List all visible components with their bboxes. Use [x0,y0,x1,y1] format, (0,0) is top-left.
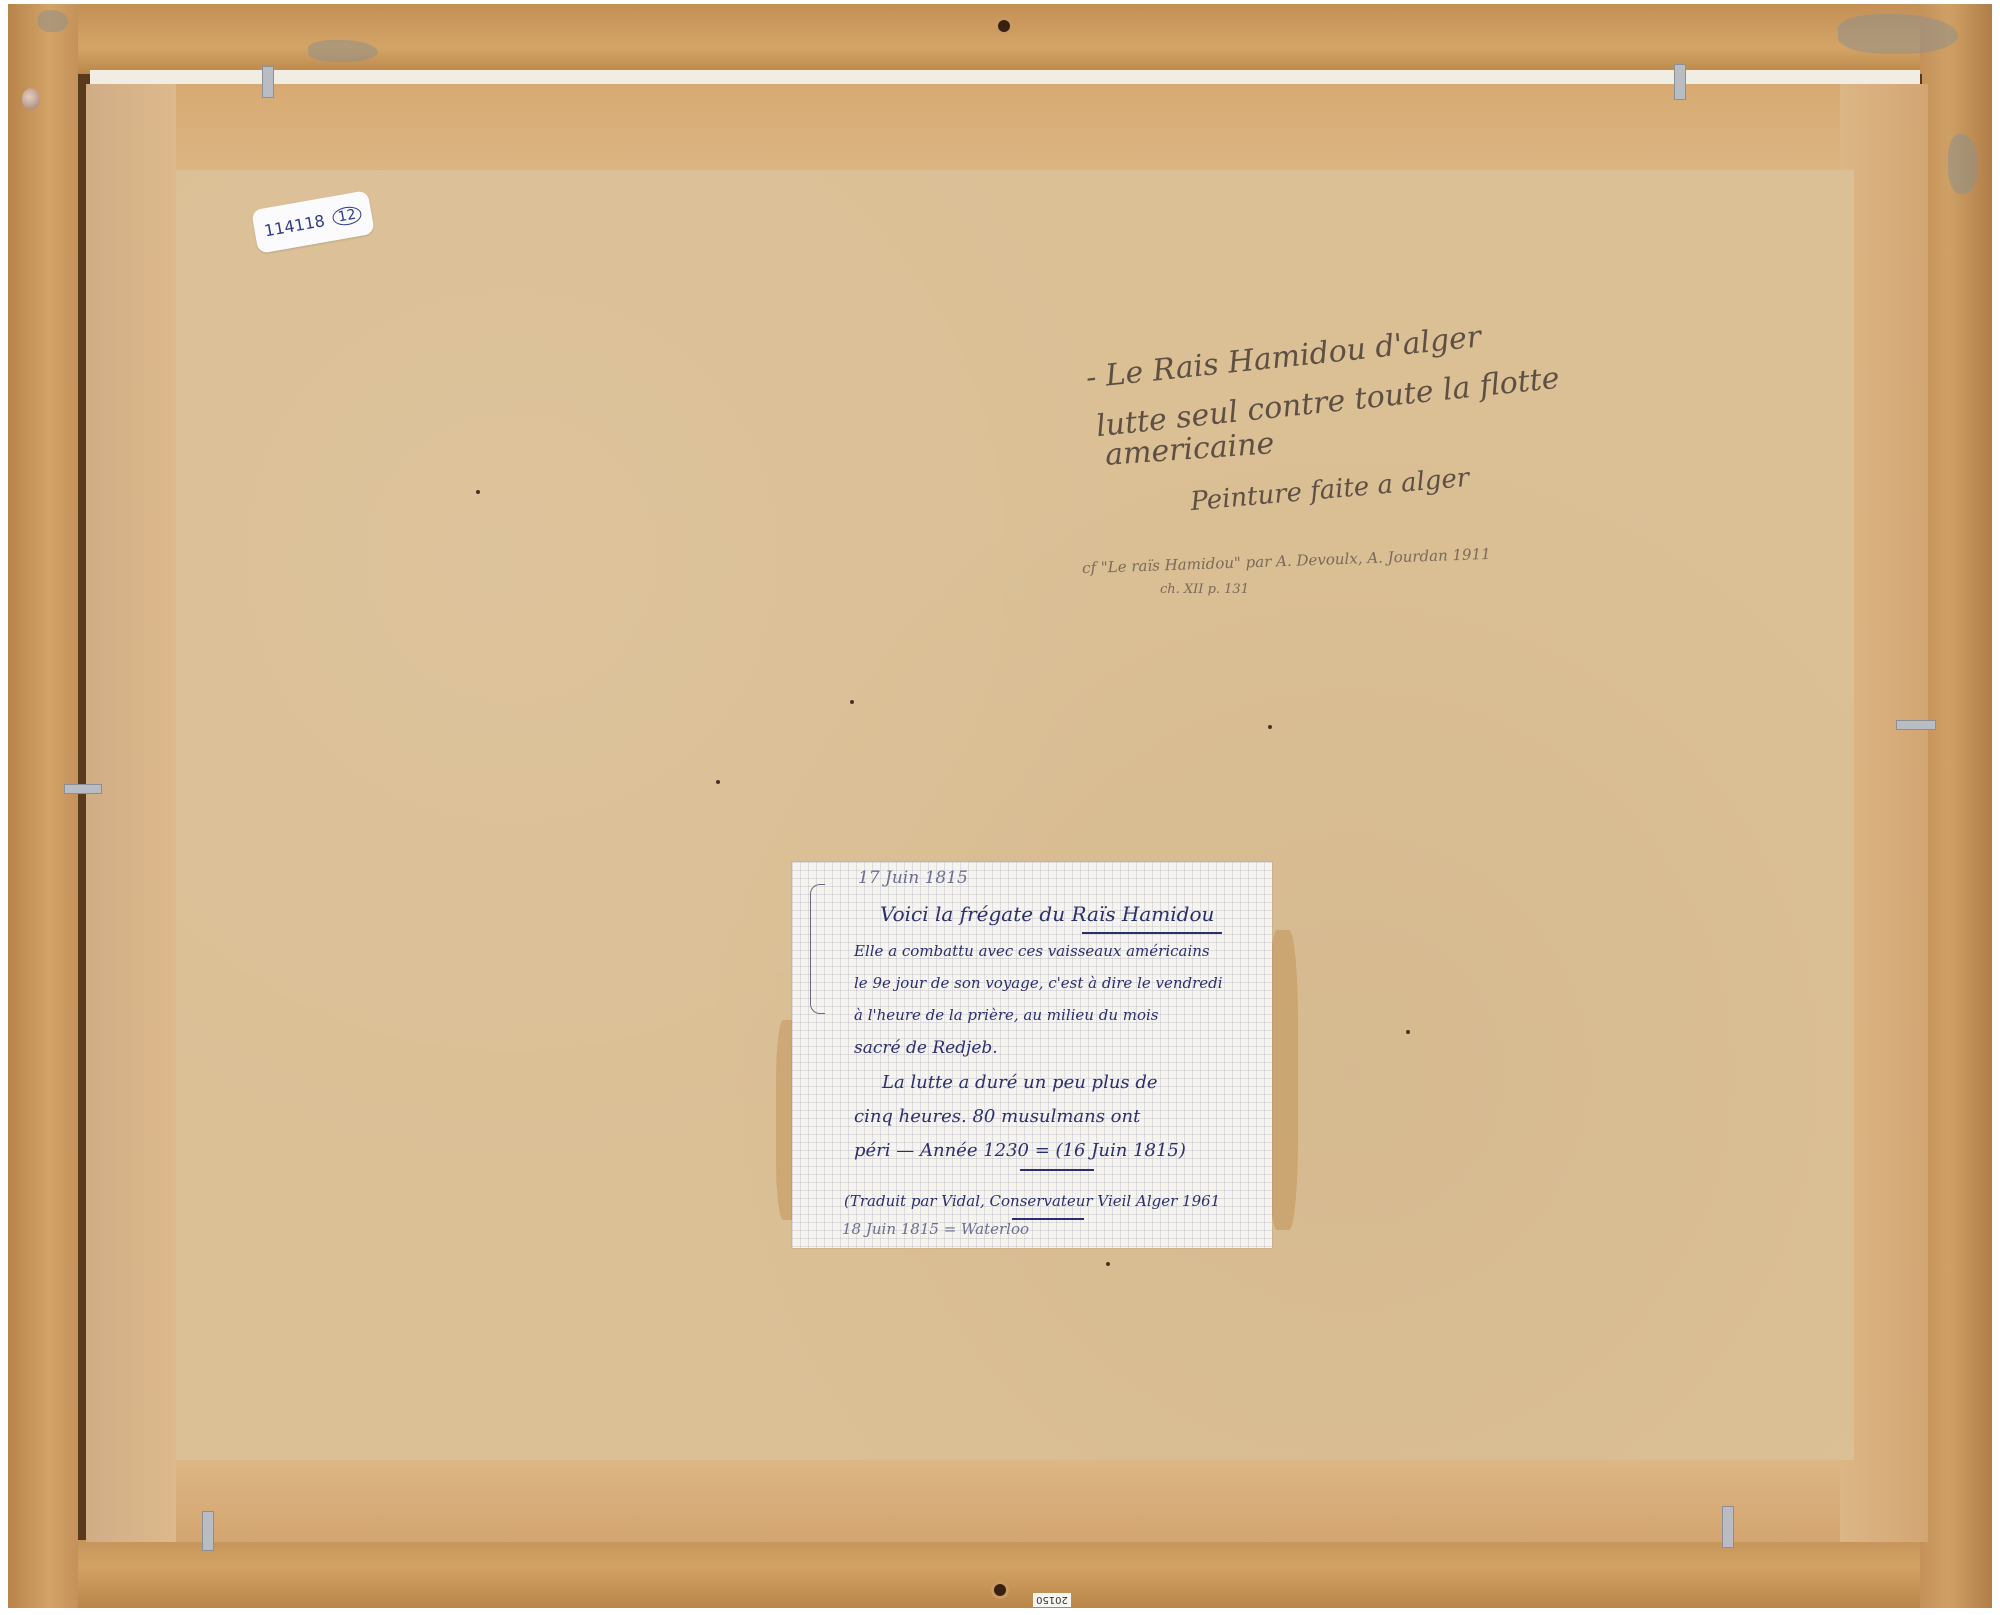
bottom-sticker-number: 20150 [1036,1595,1068,1606]
inventory-circled-number: 12 [331,205,364,228]
note-line: sacré de Redjeb. [854,1038,998,1058]
bracket-arrow-icon [810,884,825,1014]
board-speck [1106,1262,1110,1266]
note-translation-credit: (Traduit par Vidal, Conservateur Vieil A… [844,1192,1220,1210]
metal-clip [1674,64,1686,100]
nail-hole [994,1584,1006,1596]
screw-head-icon [22,88,40,110]
frame-top-rail [8,4,1992,76]
separator-line [1020,1169,1094,1171]
paint-wear-patch [38,10,68,32]
note-line: cinq heures. 80 musulmans ont [854,1106,1140,1127]
board-speck [1406,1030,1410,1034]
note-line: Elle a combattu avec ces vaisseaux améri… [854,942,1210,960]
backing-board [176,170,1854,1460]
metal-clip [64,784,102,794]
board-speck [850,700,854,704]
metal-clip [1722,1506,1734,1548]
note-line: Voici la frégate du Raïs Hamidou [880,902,1214,926]
board-speck [476,490,480,494]
pencil-reference-page: ch. XII p. 131 [1160,582,1249,597]
metal-clip [262,66,274,98]
frame-right-rail [1920,4,1992,1608]
note-footer: 18 Juin 1815 = Waterloo [842,1220,1029,1238]
note-date-header: 17 Juin 1815 [858,868,968,888]
underline [1082,932,1222,934]
metal-clip [202,1511,214,1551]
tape-bottom [86,1452,1928,1542]
bottom-sticker: 20150 [1033,1593,1071,1607]
frame-bottom-rail [8,1538,1992,1608]
paint-wear-patch [308,40,378,62]
tape-top [86,84,1928,172]
board-speck [716,780,720,784]
nail-hole [998,20,1010,32]
tape-left [86,84,176,1542]
metal-clip [1896,720,1936,730]
glue-stain [1268,930,1298,1230]
note-line: à l'heure de la prière, au milieu du moi… [854,1006,1159,1024]
board-speck [1268,725,1272,729]
note-line: péri — Année 1230 = (16 Juin 1815) [854,1140,1186,1161]
handwritten-note: 17 Juin 1815 Voici la frégate du Raïs Ha… [792,862,1272,1248]
note-line: le 9e jour de son voyage, c'est à dire l… [854,974,1223,992]
frame-left-rail [8,4,78,1608]
paint-wear-patch [1838,14,1958,54]
inventory-number: 114118 [263,211,326,240]
note-line: La lutte a duré un peu plus de [882,1072,1158,1093]
